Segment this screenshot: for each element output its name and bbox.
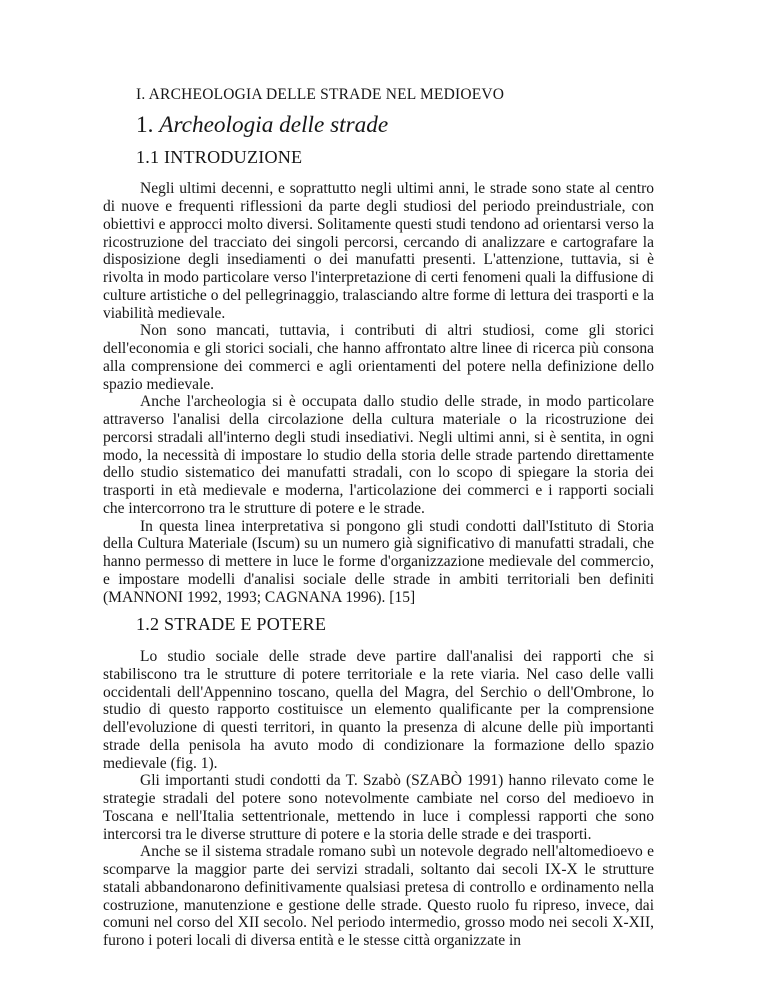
paragraph: In questa linea interpretativa si pongon… (103, 518, 654, 607)
chapter-title: Archeologia delle strade (159, 112, 388, 138)
paragraph: Lo studio sociale delle strade deve part… (103, 648, 654, 772)
chapter-number: 1. (136, 112, 153, 138)
chapter-heading: 1. Archeologia delle strade (136, 117, 654, 135)
paragraph: Anche l'archeologia si è occupata dallo … (103, 393, 654, 517)
paragraph: Negli ultimi decenni, e soprattutto negl… (103, 180, 654, 322)
subsection-heading-strade-e-potere: 1.2 STRADE E POTERE (136, 616, 654, 634)
subsection-heading-introduzione: 1.1 INTRODUZIONE (136, 149, 654, 167)
paragraph: Gli importanti studi condotti da T. Szab… (103, 772, 654, 843)
paragraph: Non sono mancati, tuttavia, i contributi… (103, 322, 654, 393)
paragraph: Anche se il sistema stradale romano subì… (103, 843, 654, 950)
document-title: I. ARCHEOLOGIA DELLE STRADE NEL MEDIOEVO (136, 86, 654, 104)
document-page: I. ARCHEOLOGIA DELLE STRADE NEL MEDIOEVO… (0, 0, 768, 994)
